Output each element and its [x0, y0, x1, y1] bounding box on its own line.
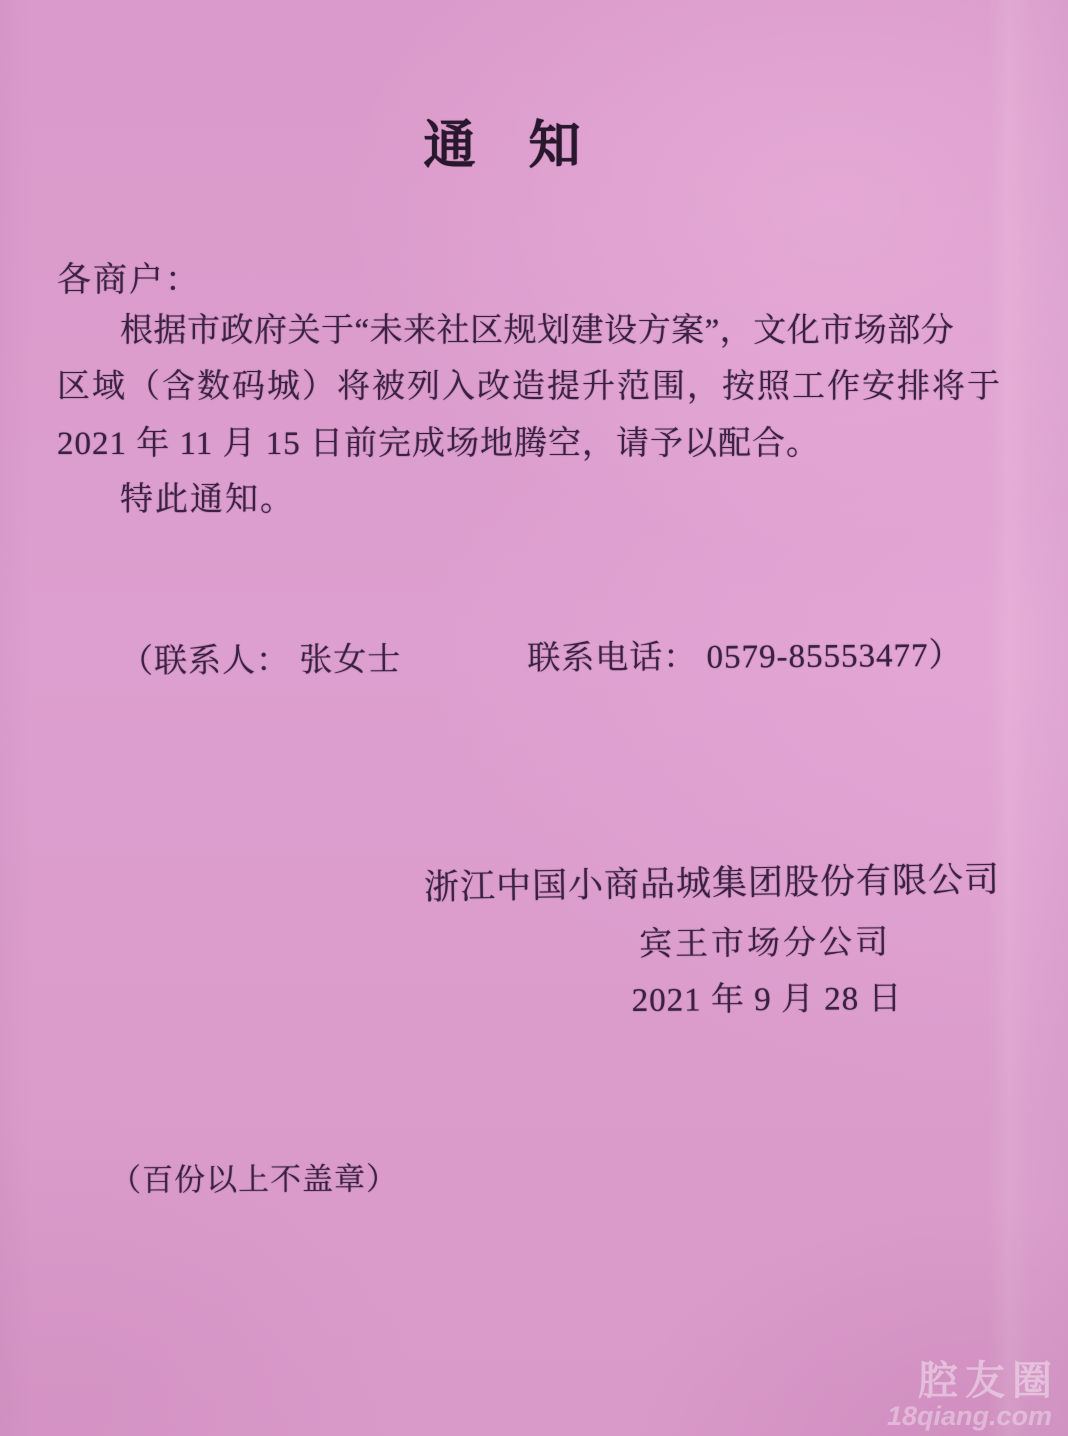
body-line-2: 区域（含数码城）将被列入改造提升范围，按照工作安排将于	[57, 360, 1002, 407]
watermark-site: 18qiang.com	[887, 1402, 1052, 1430]
contact-line: （联系人： 张女士联系电话： 0579-85553477）	[120, 629, 963, 683]
watermark-name: 腔友圈	[887, 1360, 1059, 1402]
notice-title: 通 知	[0, 103, 1046, 178]
signature-date: 2021 年 9 月 28 日	[467, 971, 1067, 1022]
signature-branch: 宾王市场分公司	[465, 914, 1065, 966]
footnote: （百份以上不盖章）	[110, 1153, 398, 1200]
salutation: 各商户：	[57, 252, 201, 301]
body-line-1: 根据市政府关于“未来社区规划建设方案”，文化市场部分	[120, 304, 954, 351]
body-line-4: 特此通知。	[120, 473, 295, 520]
site-watermark: 腔友圈 18qiang.com	[887, 1360, 1052, 1430]
signature-company: 浙江中国小商品城集团股份有限公司	[412, 852, 1013, 910]
body-line-3: 2021 年 11 月 15 日前完成场地腾空，请予以配合。	[57, 417, 820, 464]
contact-phone: 联系电话： 0579-85553477）	[527, 638, 963, 677]
contact-person: （联系人： 张女士	[120, 642, 402, 680]
notice-paper-photo: 通 知 各商户： 根据市政府关于“未来社区规划建设方案”，文化市场部分 区域（含…	[0, 0, 1068, 1436]
